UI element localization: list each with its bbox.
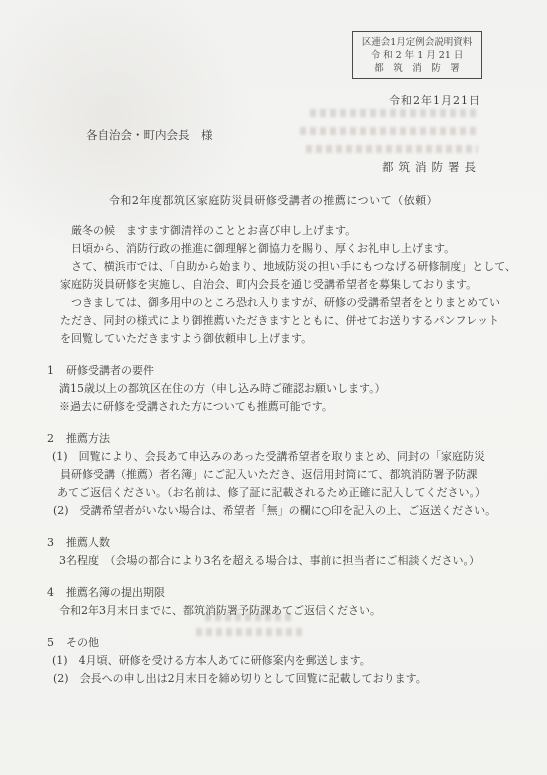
section-line: ※過去に研修を受講された方についても推薦可能です。 <box>0 398 547 416</box>
body-line: 家庭防災員研修を実施し、自治会、町内会長を通じ受講希望者を募集しております。 <box>0 276 547 294</box>
section-line: (1) 4月頃、研修を受ける方本人あてに研修案内を郵送します。 <box>0 652 547 670</box>
sender-signature: 都筑消防署長 <box>382 159 481 175</box>
section-line: (2) 会長への申し出は2月末日を締め切りとして回覧に記載しております。 <box>0 670 547 688</box>
section-number: 4 <box>47 586 54 599</box>
stamp-line-2: 令 和 2 年 1 月 21 日 <box>355 49 479 62</box>
section-requirements: 1研修受講者の要件 満15歳以上の都筑区在住の方（申し込み時ご確認お願いします。… <box>0 362 547 416</box>
section-line: あてご返信ください。（お名前は、修了証に記載されるため正確に記入してください。） <box>0 484 547 502</box>
section-heading: 4推薦名簿の提出期限 <box>0 584 547 602</box>
stamp-line-3: 都 筑 消 防 署 <box>355 62 479 75</box>
section-heading: 5その他 <box>0 634 547 652</box>
section-number: 2 <box>47 432 54 445</box>
scanned-document-page: 区連会1月定例会説明資料 令 和 2 年 1 月 21 日 都 筑 消 防 署 … <box>0 0 547 775</box>
section-number: 1 <box>47 364 54 377</box>
section-recommendation-method: 2推薦方法 (1) 回覧により、会長あて申込みのあった受講希望者を取りまとめ、同… <box>0 430 547 520</box>
addressee: 各自治会・町内会長 様 <box>86 127 213 143</box>
section-title: その他 <box>66 636 99 649</box>
body-line: ただき、同封の様式により御推薦いただきますとともに、併せてお送りするパンフレット <box>0 312 547 330</box>
section-number: 3 <box>47 536 54 549</box>
document-date: 令和2年1月21日 <box>389 92 481 108</box>
body-line: つきましては、御多用中のところ恐れ入りますが、研修の受講希望者をとりまとめてい <box>0 294 547 312</box>
stamp-line-1: 区連会1月定例会説明資料 <box>355 36 479 49</box>
bleed-through-line <box>306 145 478 153</box>
section-other: 5その他 (1) 4月頃、研修を受ける方本人あてに研修案内を郵送します。 (2)… <box>0 634 547 688</box>
section-heading: 1研修受講者の要件 <box>0 362 547 380</box>
body-line: を回覧していただきますよう御依頼申し上げます。 <box>0 330 547 348</box>
body-line: さて、横浜市では、「自助から始まり、地域防災の担い手にもつなげる研修制度」として… <box>0 258 547 276</box>
section-line: 員研修受講（推薦）者名簿」にご記入いただき、返信用封筒にて、都筑消防署予防課 <box>0 466 547 484</box>
section-title: 推薦人数 <box>66 536 110 549</box>
section-line: (1) 回覧により、会長あて申込みのあった受講希望者を取りまとめ、同封の「家庭防… <box>0 448 547 466</box>
section-title: 研修受講者の要件 <box>66 364 154 377</box>
section-heading: 2推薦方法 <box>0 430 547 448</box>
bleed-through-line <box>300 127 480 135</box>
section-title: 推薦名簿の提出期限 <box>66 586 165 599</box>
section-number-of-nominees: 3推薦人数 3名程度 （会場の都合により3名を超える場合は、事前に担当者にご相談… <box>0 534 547 570</box>
bleed-through-line <box>310 109 478 117</box>
bleed-through-line <box>196 628 304 636</box>
stamp-box: 区連会1月定例会説明資料 令 和 2 年 1 月 21 日 都 筑 消 防 署 <box>352 31 482 79</box>
bleed-through-line <box>205 613 293 621</box>
body-line: 厳冬の候 ますます御清祥のこととお喜び申し上げます。 <box>0 222 547 240</box>
section-number: 5 <box>47 636 54 649</box>
section-line: 3名程度 （会場の都合により3名を超える場合は、事前に担当者にご相談ください。） <box>0 552 547 570</box>
section-line: 満15歳以上の都筑区在住の方（申し込み時ご確認お願いします。） <box>0 380 547 398</box>
section-title: 推薦方法 <box>66 432 110 445</box>
section-heading: 3推薦人数 <box>0 534 547 552</box>
section-line: (2) 受講希望者がいない場合は、希望者「無」の欄に○印を記入の上、ご返送くださ… <box>0 502 547 520</box>
document-title: 令和2年度都筑区家庭防災員研修受講者の推薦について（依頼） <box>0 192 547 208</box>
body-line: 日頃から、消防行政の推進に御理解と御協力を賜り、厚くお礼申し上げます。 <box>0 240 547 258</box>
